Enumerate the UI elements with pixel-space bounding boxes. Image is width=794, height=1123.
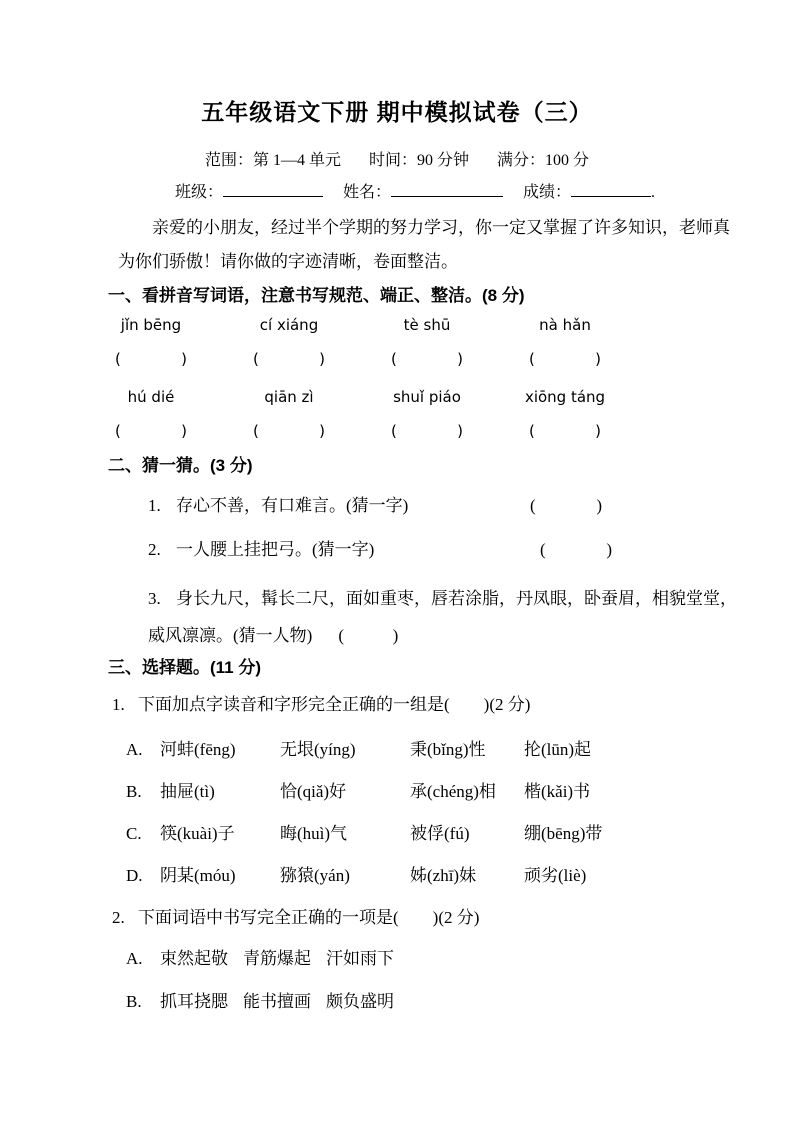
question-number: 2.: [112, 908, 138, 928]
blank-cell: (): [358, 350, 496, 368]
option-word: 秉(bǐng)性: [410, 735, 524, 760]
score-blank: [571, 181, 651, 197]
riddle-answer-area: (): [540, 538, 612, 562]
close-paren: ): [181, 422, 187, 440]
blank-cell: (): [220, 422, 358, 440]
close-paren: ): [595, 350, 601, 368]
class-blank: [223, 181, 323, 197]
pinyin-word: xiōng táng: [496, 388, 634, 406]
pinyin-row-2: hú dié qiān zì shuǐ piáo xiōng táng: [82, 388, 642, 406]
name-label: 姓名：: [343, 184, 391, 201]
option-word: 颇负盛明: [326, 992, 394, 1011]
answer-parens: (): [115, 422, 187, 440]
question1-stem: 1.下面加点字读音和字形完全正确的一组是( )(2 分): [112, 690, 530, 715]
riddle-number: 1.: [148, 494, 176, 518]
blank-cell: (): [496, 422, 634, 440]
score-label: 成绩：: [523, 184, 571, 201]
name-blank: [391, 181, 503, 197]
section1-heading: 一、看拼音写词语，注意书写规范、端正、整洁。(8 分): [108, 281, 525, 306]
option-word: 抡(lūn)起: [524, 740, 591, 759]
close-paren: ): [595, 422, 601, 440]
answer-parens: (): [253, 350, 325, 368]
answer-blank-row-1: () () () (): [82, 350, 642, 368]
riddle-item-1: 1.存心不善，有口难言。(猜一字) (): [148, 494, 742, 518]
pinyin-word: tè shū: [358, 316, 496, 334]
riddle-text: 存心不善，有口难言。(猜一字): [176, 496, 408, 515]
riddle-answer-area: (): [530, 494, 602, 518]
answer-blank-row-2: () () () (): [82, 422, 642, 440]
option-word: 汗如雨下: [326, 949, 394, 968]
section3-heading: 三、选择题。(11 分): [108, 653, 261, 678]
pinyin-word: cí xiáng: [220, 316, 358, 334]
answer-parens: (): [115, 350, 187, 368]
option-word: 楷(kǎi)书: [524, 782, 590, 801]
student-info-line: 班级： 姓名： 成绩：.: [175, 179, 655, 202]
open-paren: (: [253, 422, 259, 440]
close-paren: ): [319, 350, 325, 368]
trailing-period: .: [651, 184, 655, 201]
option-word: 猕猿(yán): [280, 861, 410, 886]
close-paren: ): [457, 422, 463, 440]
answer-parens: (): [338, 617, 398, 654]
riddle-number: 2.: [148, 538, 176, 562]
exam-page: 五年级语文下册 期中模拟试卷（三） 范围：第 1—4 单元 时间：90 分钟 满…: [0, 0, 794, 1123]
option-word: 晦(huì)气: [280, 819, 410, 844]
answer-parens: (): [540, 538, 612, 562]
open-paren: (: [530, 494, 536, 518]
riddle-text: 身长九尺，髯长二尺，面如重枣，唇若涂脂，丹凤眼，卧蚕眉，相貌堂堂，威风凛凛。(猜…: [148, 589, 737, 645]
option-word: 承(chéng)相: [410, 777, 524, 802]
section2-heading: 二、猜一猜。(3 分): [108, 451, 253, 476]
pinyin-word: jǐn bēng: [82, 316, 220, 334]
pinyin-word: shuǐ piáo: [358, 388, 496, 406]
close-paren: ): [181, 350, 187, 368]
answer-parens: (): [253, 422, 325, 440]
option-word: 能书擅画: [243, 992, 311, 1011]
option-word: 顽劣(liè): [524, 866, 586, 885]
class-label: 班级：: [175, 184, 223, 201]
q1-option-a: A.河蚌(fēng)无垠(yíng)秉(bǐng)性抡(lūn)起: [126, 735, 591, 760]
pinyin-word: hú dié: [82, 388, 220, 406]
q2-option-a: A.束然起敬青筋爆起汗如雨下: [126, 944, 409, 969]
close-paren: ): [457, 350, 463, 368]
meta-scope: 范围：第 1—4 单元: [205, 152, 341, 169]
q2-option-b: B.抓耳挠腮能书擅画颇负盛明: [126, 987, 409, 1012]
option-word: 河蚌(fēng): [160, 735, 280, 760]
option-label: B.: [126, 992, 160, 1012]
option-word: 青筋爆起: [243, 949, 311, 968]
answer-parens: (): [529, 350, 601, 368]
blank-cell: (): [358, 422, 496, 440]
close-paren: ): [596, 494, 602, 518]
blank-cell: (): [220, 350, 358, 368]
pinyin-word: qiān zì: [220, 388, 358, 406]
option-word: 阴某(móu): [160, 861, 280, 886]
riddle-number: 3.: [148, 580, 176, 617]
option-word: 无垠(yíng): [280, 735, 410, 760]
option-word: 绷(bēng)带: [524, 824, 602, 843]
open-paren: (: [115, 422, 121, 440]
answer-parens: (): [529, 422, 601, 440]
option-label: C.: [126, 824, 160, 844]
option-word: 抓耳挠腮: [160, 992, 228, 1011]
blank-cell: (): [82, 422, 220, 440]
option-word: 恰(qiǎ)好: [280, 777, 410, 802]
close-paren: ): [319, 422, 325, 440]
option-word: 筷(kuài)子: [160, 819, 280, 844]
option-word: 被俘(fú): [410, 819, 524, 844]
question2-stem: 2.下面词语中书写完全正确的一项是( )(2 分): [112, 903, 479, 928]
option-word: 抽屉(tì): [160, 777, 280, 802]
close-paren: ): [393, 617, 399, 654]
option-label: A.: [126, 740, 160, 760]
pinyin-row-1: jǐn bēng cí xiáng tè shū nà hǎn: [82, 316, 642, 334]
question-number: 1.: [112, 695, 138, 715]
option-word: 束然起敬: [160, 949, 228, 968]
open-paren: (: [529, 350, 535, 368]
open-paren: (: [529, 422, 535, 440]
blank-cell: (): [496, 350, 634, 368]
option-label: B.: [126, 782, 160, 802]
answer-parens: (): [391, 350, 463, 368]
meta-fullscore: 满分：100 分: [497, 152, 589, 169]
blank-cell: (): [82, 350, 220, 368]
q1-option-c: C.筷(kuài)子晦(huì)气被俘(fú)绷(bēng)带: [126, 819, 602, 844]
q1-option-d: D.阴某(móu)猕猿(yán)姊(zhī)妹顽劣(liè): [126, 861, 586, 886]
meta-time: 时间：90 分钟: [369, 152, 469, 169]
riddle-item-2: 2.一人腰上挂把弓。(猜一字) (): [148, 538, 742, 562]
question-text: 下面加点字读音和字形完全正确的一组是( )(2 分): [138, 695, 530, 714]
answer-parens: (): [530, 494, 602, 518]
open-paren: (: [253, 350, 259, 368]
exam-title: 五年级语文下册 期中模拟试卷（三）: [0, 94, 794, 127]
open-paren: (: [540, 538, 546, 562]
open-paren: (: [115, 350, 121, 368]
riddle-text: 一人腰上挂把弓。(猜一字): [176, 540, 374, 559]
open-paren: (: [338, 617, 344, 654]
intro-paragraph: 亲爱的小朋友，经过半个学期的努力学习，你一定又掌握了许多知识，老师真为你们骄傲！…: [118, 211, 740, 279]
open-paren: (: [391, 422, 397, 440]
close-paren: ): [606, 538, 612, 562]
question-text: 下面词语中书写完全正确的一项是( )(2 分): [138, 908, 479, 927]
answer-parens: (): [391, 422, 463, 440]
q1-option-b: B.抽屉(tì)恰(qiǎ)好承(chéng)相楷(kǎi)书: [126, 777, 590, 802]
option-word: 姊(zhī)妹: [410, 861, 524, 886]
open-paren: (: [391, 350, 397, 368]
option-label: D.: [126, 866, 160, 886]
exam-meta-line: 范围：第 1—4 单元 时间：90 分钟 满分：100 分: [0, 147, 794, 170]
option-label: A.: [126, 949, 160, 969]
riddle-item-3: 3.身长九尺，髯长二尺，面如重枣，唇若涂脂，丹凤眼，卧蚕眉，相貌堂堂，威风凛凛。…: [148, 580, 748, 654]
pinyin-word: nà hǎn: [496, 316, 634, 334]
